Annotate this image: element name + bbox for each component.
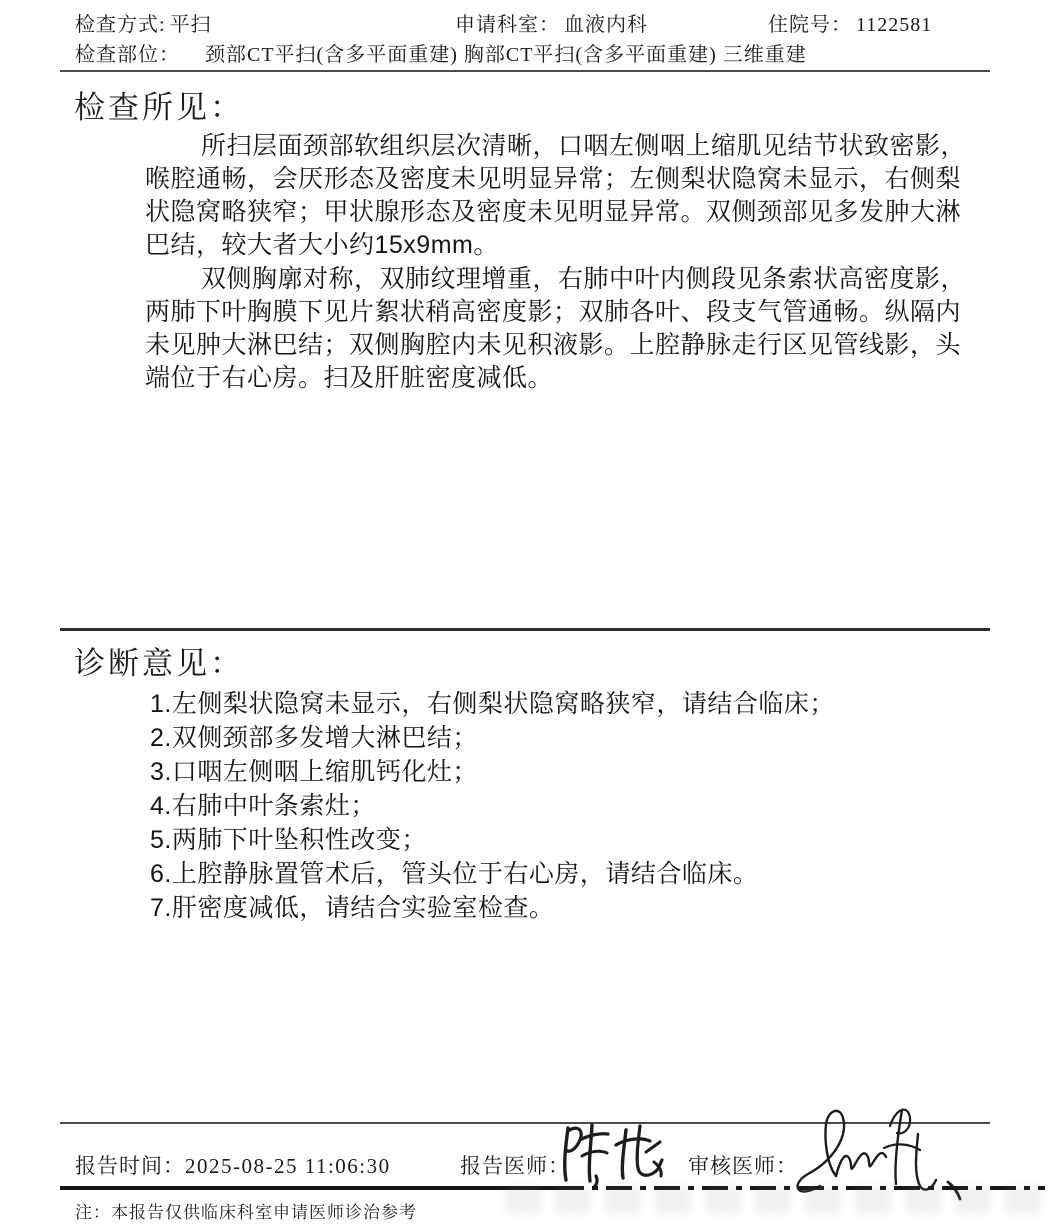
findings-line: 两肺下叶胸膜下见片絮状稍高密度影；双肺各叶、段支气管通畅。纵隔内: [145, 292, 961, 328]
diagnosis-item: 7.肝密度减低，请结合实验室检查。: [150, 888, 554, 924]
findings-line: 未见肿大淋巴结；双侧胸腔内未见积液影。上腔静脉走行区见管线影，头: [145, 325, 961, 361]
report-time-value: 2025-08-25 11:06:30: [185, 1154, 391, 1178]
request-dept-label: 申请科室：: [455, 14, 560, 36]
footer-bottom-line-solid: [60, 1186, 558, 1190]
findings-line: 双侧胸廓对称，双肺纹理增重，右肺中叶内侧段见条索状高密度影，: [145, 259, 966, 295]
exam-method-value: 平扫: [170, 14, 212, 36]
request-dept-value: 血液内科: [564, 14, 648, 36]
report-time-field: 报告时间：2025-08-25 11:06:30: [75, 1150, 391, 1180]
findings-line: 端位于右心房。扫及肝脏密度减低。: [145, 358, 553, 394]
footer-bottom-line-dashed: [558, 1186, 1045, 1190]
diagnosis-item: 5.两肺下叶坠积性改变；: [150, 820, 427, 856]
request-dept-field: 申请科室：血液内科: [455, 8, 648, 37]
findings-line: 状隐窝略狭窄；甲状腺形态及密度未见明显异常。双侧颈部见多发肿大淋: [145, 192, 961, 228]
report-page: 检查方式:平扫 申请科室：血液内科 住院号：1122581 检查部位： 颈部CT…: [0, 0, 1056, 1228]
diagnosis-heading: 诊断意见：: [74, 638, 244, 683]
diagnosis-divider: [60, 628, 990, 631]
exam-site-label: 检查部位：: [75, 38, 180, 67]
exam-method-label: 检查方式:: [75, 14, 166, 36]
footer-note: 注：本报告仅供临床科室申请医师诊治参考: [75, 1198, 417, 1223]
exam-site-value: 颈部CT平扫(含多平面重建) 胸部CT平扫(含多平面重建) 三维重建: [205, 38, 807, 67]
diagnosis-item: 4.右肺中叶条索灶；: [150, 786, 376, 822]
report-doctor-signature: [552, 1118, 682, 1192]
diagnosis-item: 3.口咽左侧咽上缩肌钙化灶；: [150, 752, 478, 788]
findings-line: 所扫层面颈部软组织层次清晰，口咽左侧咽上缩肌见结节状致密影，: [145, 126, 966, 162]
review-doctor-label: 审核医师：: [688, 1150, 798, 1180]
header-divider: [60, 70, 990, 72]
admission-no-field: 住院号：1122581: [768, 8, 932, 37]
report-time-label: 报告时间：: [75, 1154, 185, 1178]
diagnosis-item: 6.上腔静脉置管术后，管头位于右心房，请结合临床。: [150, 854, 758, 890]
exam-method-field: 检查方式:平扫: [75, 8, 212, 37]
findings-heading: 检查所见：: [74, 82, 244, 127]
admission-no-value: 1122581: [856, 14, 932, 36]
diagnosis-item: 2.双侧颈部多发增大淋巴结；: [150, 718, 478, 754]
findings-line: 巴结，较大者大小约15x9mm。: [145, 225, 499, 261]
admission-no-label: 住院号：: [768, 14, 852, 36]
findings-line: 喉腔通畅，会厌形态及密度未见明显异常；左侧梨状隐窝未显示，右侧梨: [145, 159, 961, 195]
diagnosis-item: 1.左侧梨状隐窝未显示，右侧梨状隐窝略狭窄，请结合临床；: [150, 684, 835, 720]
